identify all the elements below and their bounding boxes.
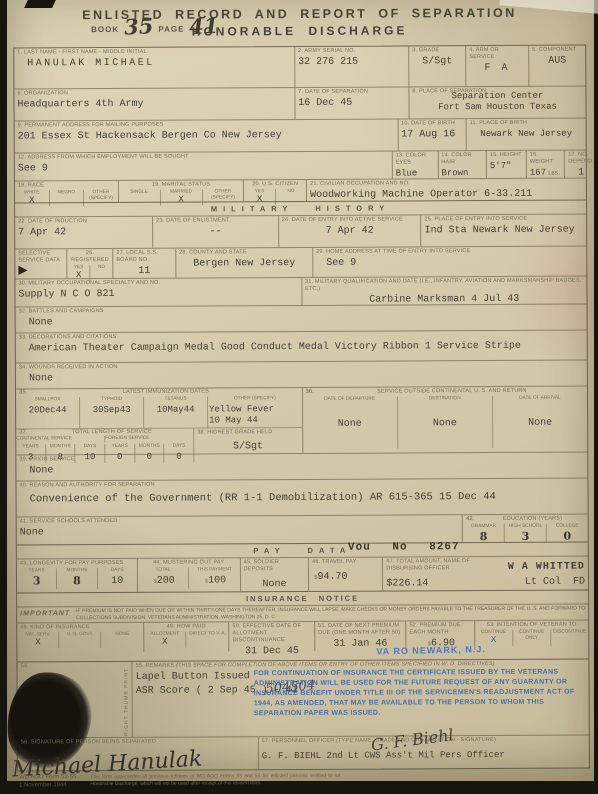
field-8-place-separation: 8. PLACE OF SEPARATION Separation Center…	[408, 87, 585, 119]
option-discontinue: DISCONTINUE	[550, 629, 588, 645]
field-32-battles: 32. BATTLES AND CAMPAIGNS None	[16, 305, 587, 333]
field-label: 12. ADDRESS FROM WHICH EMPLOYMENT WILL B…	[18, 153, 389, 162]
field-4-arm: 4. ARM OR SERVICE F A	[465, 46, 528, 86]
option-label: SINGLE	[120, 190, 159, 196]
field-value: F A	[469, 63, 525, 76]
field-14-hair: 14. COLOR HAIR Brown	[437, 151, 486, 178]
option-label: DIRECT TO V. A.	[188, 631, 228, 637]
field-44-mustering-pay: 44. MUSTERING OUT PAY TOTAL$200 THIS PAY…	[137, 558, 240, 592]
field-40-reason: 40. REASON AND AUTHORITY FOR SEPARATION …	[16, 478, 587, 516]
field-label: 48. KIND OF INSURANCE	[17, 624, 143, 632]
years-col: YEARS3	[17, 568, 56, 589]
option-us-govt: U. S. GOVT.	[58, 632, 100, 648]
field-value: Headquarters 4th Army	[17, 98, 291, 112]
field-value: 5'7"	[490, 161, 523, 172]
education-columns: GRAMMAR8 HIGH SCHOOL3 COLLEGE0	[463, 523, 588, 543]
field-value: See 9	[18, 161, 389, 175]
officer-typed-name: G. F. BIEHL 2nd Lt CWS Ass't Mil Pers Of…	[262, 749, 586, 762]
column-label: DATE OF ARRIVAL	[494, 395, 586, 402]
field-label: 49. HOW PAID	[144, 623, 229, 630]
field-6-organization: 6. ORGANIZATION Headquarters 4th Army	[14, 88, 294, 120]
column-label: YEARS	[17, 444, 44, 450]
mustering-columns: TOTAL$200 THIS PAYMENT$100	[138, 567, 240, 588]
field-label: 22. DATE OF INDUCTION	[18, 218, 149, 226]
row-thumbprint-remarks: 54. RIGHT THUMB PRINT 55. REMARKS (This …	[17, 658, 588, 737]
option-nat-serv: NAT. SERV.X	[17, 632, 58, 648]
column-value: 20Dec44	[17, 405, 78, 417]
service-outside-columns: DATE OF DEPARTURENone DESTINATIONNone DA…	[303, 395, 588, 448]
row-pay: 43. LONGEVITY FOR PAY PURPOSES YEARS3 MO…	[17, 555, 588, 592]
field-number: 35.	[16, 390, 30, 396]
field-57-personnel-officer: 57. PERSONNEL OFFICER (Type name, grade …	[258, 735, 589, 769]
intention-options: CONTINUEX CONTINUE ONLY DISCONTINUE	[475, 629, 588, 646]
field-20-citizen: 20. U.S. CITIZEN YESX NO	[243, 180, 306, 201]
field-31-qualification: 31. MILITARY QUALIFICATION AND DATE (i.e…	[301, 277, 587, 305]
row-race-marital: 18. RACE WHITEX NEGRO OTHER (SPECIFY) 19…	[15, 178, 586, 203]
typhoid-col: TYPHOID30Sep43	[79, 397, 143, 428]
row-schools-education: 41. SERVICE SCHOOLS ATTENDED None 42. ED…	[17, 513, 588, 544]
arrow-icon: ▶	[18, 264, 63, 274]
row-name-serial: 1. LAST NAME - FIRST NAME - MIDDLE INITI…	[14, 46, 585, 89]
longevity-columns: YEARS3 MONTHS8 DAYS10	[17, 568, 137, 589]
row-decorations: 33. DECORATIONS AND CITATIONS American T…	[16, 330, 587, 363]
field-label: SERVICE OUTSIDE CONTINENTAL U. S. AND RE…	[317, 387, 587, 395]
field-label: 14. COLOR HAIR	[441, 152, 483, 166]
column-label: TOTAL	[139, 567, 187, 573]
field-47-total: 47. TOTAL AMOUNT, NAME OF DISBURSING OFF…	[382, 556, 588, 590]
field-5-component: 5. COMPONENT AUS	[528, 46, 585, 86]
group-label: FOREIGN SERVICE	[105, 436, 193, 443]
important-word: IMPORTANT	[20, 608, 70, 621]
field-label: 7. DATE OF SEPARATION	[298, 88, 405, 95]
field-label: 51. Date of Next Premium Due (One month …	[318, 622, 402, 636]
field-value: 17 Aug 16	[401, 129, 463, 142]
option-continue-only: CONTINUE ONLY	[512, 630, 550, 646]
voucher-number: Vou No 8267	[348, 541, 460, 554]
field-value: Supply N C O 821	[18, 288, 298, 302]
smallpox-col: SMALLPOX20Dec44	[16, 397, 79, 428]
checkbox-mark: X	[18, 638, 57, 648]
field-label: 56. SIGNATURE OF PERSON BEING SEPARATED	[21, 738, 255, 746]
field-1-name: 1. LAST NAME - FIRST NAME - MIDDLE INITI…	[14, 47, 294, 88]
highschool-col: HIGH SCHOOL3	[504, 524, 546, 543]
column-value: $200	[139, 576, 187, 589]
field-value: Convenience of the Government (RR 1-1 De…	[20, 490, 585, 506]
field-value: 201 Essex St Hackensack Bergen Co New Je…	[18, 129, 395, 143]
field-label: 40. REASON AND AUTHORITY FOR SEPARATION	[19, 480, 584, 490]
column-value: None	[304, 419, 396, 432]
weight-unit: LBS.	[548, 169, 561, 176]
field-42-header: 42. EDUCATION (YEARS)	[463, 515, 588, 523]
field-label: 6. ORGANIZATION	[17, 89, 291, 97]
field-46-travel-pay: 46. TRAVEL PAY $94.70	[308, 558, 382, 591]
important-text: IF PREMIUM IS NOT PAID WHEN DUE OR WITHI…	[76, 606, 585, 622]
field-label: 31. MILITARY QUALIFICATION AND DATE (i.e…	[305, 278, 584, 293]
row-wounds: 34. WOUNDS RECEIVED IN ACTION None	[16, 360, 587, 389]
option-allotment: ALLOTMENTX	[144, 631, 186, 647]
field-50-discontinuance: 50. Effective Date of Allotment Disconti…	[228, 622, 314, 651]
other-col: OTHER (SPECIFY)Yellow Fever 10 May 44	[207, 396, 302, 427]
arrival-col: DATE OF ARRIVALNone	[492, 395, 587, 447]
field-26-registered: 26. REGISTERED YESX NO	[67, 249, 113, 278]
field-label: EDUCATION (YEARS)	[477, 515, 587, 522]
field-label: 1. LAST NAME - FIRST NAME - MIDDLE INITI…	[17, 48, 291, 56]
field-label: 24. DATE OF ENTRY INTO ACTIVE SERVICE	[282, 216, 418, 224]
immunization-length-block: 35. LATEST IMMUNIZATION DATES SMALLPOX20…	[16, 388, 302, 454]
grammar-col: GRAMMAR8	[463, 524, 504, 543]
field-value: American Theater Campaign Medal Good Con…	[19, 340, 584, 355]
column-value: Yellow Fever 10 May 44	[209, 404, 301, 427]
field-value: None	[244, 579, 306, 592]
weight-value: 167	[530, 167, 546, 177]
field-48-kind: 48. KIND OF INSURANCE NAT. SERV.X U. S. …	[17, 623, 143, 653]
field-label: 13. COLOR EYES	[396, 152, 435, 166]
column-label: THIS PAYMENT	[190, 567, 238, 573]
column-value: $100	[190, 575, 238, 588]
field-number: 54.	[20, 663, 128, 670]
field-value: Ind Sta Newark New Jersey	[425, 224, 584, 237]
field-value: --	[156, 226, 275, 239]
field-label: 47. TOTAL AMOUNT, NAME OF DISBURSING OFF…	[386, 558, 500, 572]
field-label: 45. SOLDIER DEPOSITS	[244, 559, 306, 573]
field-value: $94.70	[312, 571, 379, 584]
field-15-height: 15. HEIGHT 5'7"	[486, 151, 526, 178]
total-col: TOTAL$200	[138, 567, 188, 588]
row-selective-service: SELECTIVE SERVICE DATA ▶ 26. REGISTERED …	[15, 246, 586, 279]
field-19-marital: 19. MARITAL STATUS SINGLE MARRIEDX OTHER…	[118, 180, 244, 202]
destination-col: DESTINATIONNone	[397, 396, 492, 448]
row-reason-separation: 40. REASON AND AUTHORITY FOR SEPARATION …	[16, 477, 587, 516]
field-value: Brown	[441, 168, 483, 179]
separation-form-table: 1. LAST NAME - FIRST NAME - MIDDLE INITI…	[13, 44, 590, 771]
row-address-birth: 9. PERMANENT ADDRESS FOR MAILING PURPOSE…	[15, 118, 586, 153]
field-label: 30. MILITARY OCCUPATIONAL SPECIALTY AND …	[18, 279, 298, 287]
field-label: 28. COUNTY AND STATE	[179, 249, 309, 257]
field-36-service-outside: 36. SERVICE OUTSIDE CONTINENTAL U. S. AN…	[301, 386, 587, 452]
column-value: 3	[18, 574, 55, 587]
column-value: None	[494, 418, 586, 431]
field-value: HANULAK MICHAEL	[17, 57, 291, 71]
field-value: None	[19, 370, 584, 385]
field-label: 23. DATE OF ENLISTMENT	[156, 217, 275, 224]
field-value: AUS	[532, 55, 582, 68]
field-13-eyes: 13. COLOR EYES Blue	[392, 151, 438, 178]
field-number: 36.	[302, 389, 316, 395]
field-21-occupation: 21. CIVILIAN OCCUPATION AND NO. Woodwork…	[306, 179, 586, 201]
column-label: MONTHS	[47, 444, 74, 450]
field-12-employment-address: 12. ADDRESS FROM WHICH EMPLOYMENT WILL B…	[15, 152, 392, 181]
field-value: 16 Dec 45	[298, 97, 405, 110]
row-battles: 32. BATTLES AND CAMPAIGNS None	[16, 304, 587, 333]
officer-branch: FD	[573, 576, 585, 587]
row-induction: 22. DATE OF INDUCTION 7 Apr 42 23. DATE …	[15, 214, 586, 249]
field-label: 16. WEIGHT	[530, 152, 561, 166]
photo-background: ENLISTED RECORD AND REPORT OF SEPARATION…	[0, 0, 598, 794]
field-value: 167LBS.	[530, 167, 561, 178]
field-value: 11	[116, 265, 172, 278]
field-label: 21. CIVILIAN OCCUPATION AND NO.	[310, 180, 583, 188]
field-27-board-no: 27. LOCAL S.S. BOARD NO. 11	[112, 249, 175, 278]
tetanus-col: TETANUS10May44	[143, 396, 207, 427]
field-label: 3. GRADE	[412, 47, 462, 54]
field-label: 50. Effective Date of Allotment Disconti…	[232, 623, 311, 644]
field-label: 18. RACE	[15, 182, 118, 189]
field-value: S/Sgt	[197, 441, 299, 454]
field-54-thumbprint: 54. RIGHT THUMB PRINT	[17, 662, 132, 738]
field-18-race: 18. RACE WHITEX NEGRO OTHER (SPECIFY)	[15, 181, 118, 203]
field-label: 11. PLACE OF BIRTH	[470, 120, 583, 127]
field-42-education: 42. EDUCATION (YEARS) GRAMMAR8 HIGH SCHO…	[462, 514, 588, 542]
book-page-stamp: BOOK 35 PAGE 41	[91, 18, 219, 35]
how-paid-options: ALLOTMENTX DIRECT TO V. A.	[144, 631, 229, 648]
column-label: TETANUS	[145, 396, 206, 403]
field-value: Bergen New Jersey	[179, 258, 309, 271]
row-organization: 6. ORGANIZATION Headquarters 4th Army 7.…	[14, 86, 585, 121]
field-34-wounds: 34. WOUNDS RECEIVED IN ACTION None	[16, 361, 587, 389]
field-label: 52. PREMIUM DUE EACH MONTH	[409, 622, 471, 636]
amount: 200	[157, 576, 175, 587]
field-label: 43. LONGEVITY FOR PAY PURPOSES	[17, 560, 137, 568]
field-7-date-separation: 7. DATE OF SEPARATION 16 Dec 45	[294, 87, 408, 119]
option-label: CONTINUE ONLY	[514, 630, 549, 643]
document-paper: ENLISTED RECORD AND REPORT OF SEPARATION…	[7, 0, 594, 781]
field-49-how-paid: 49. HOW PAID ALLOTMENTX DIRECT TO V. A.	[143, 622, 229, 651]
field-label: 53. INTENTION OF VETERAN TO	[475, 621, 588, 628]
officer-name: W A WHITTED	[508, 562, 585, 575]
option-label: OTHER (SPECIFY)	[203, 189, 242, 202]
remarks-label: 55. REMARKS	[136, 663, 175, 669]
field-53-intention: 53. INTENTION OF VETERAN TO CONTINUEX CO…	[474, 620, 588, 650]
field-value: Newark New Jersey	[470, 128, 583, 140]
column-value: 10	[99, 576, 136, 589]
field-value: $226.14	[386, 578, 500, 591]
field-label: 19. MARITAL STATUS	[119, 181, 244, 189]
row-physical: 12. ADDRESS FROM WHICH EMPLOYMENT WILL B…	[15, 150, 586, 181]
field-value: Blue	[396, 168, 435, 179]
amount: 100	[208, 576, 226, 587]
field-label: LATEST IMMUNIZATION DATES	[30, 388, 301, 396]
field-55-remarks: 55. REMARKS (This space for completion o…	[132, 659, 589, 736]
field-28-county-state: 28. COUNTY AND STATE Bergen New Jersey	[175, 248, 312, 278]
column-label: OTHER (SPECIFY)	[209, 396, 301, 403]
field-value: None	[20, 525, 459, 540]
amount: 94.70	[317, 572, 347, 583]
field-39-prior-service: 39. PRIOR SERVICE None	[16, 452, 587, 480]
departure-col: DATE OF DEPARTURENone	[303, 396, 397, 448]
field-label: 44. MUSTERING OUT PAY	[138, 559, 240, 566]
field-label: 46. TRAVEL PAY	[312, 559, 379, 566]
checkbox-mark: X	[145, 638, 185, 648]
field-value: None	[19, 314, 584, 329]
option-label: NO	[92, 265, 112, 271]
field-45-deposits: 45. SOLDIER DEPOSITS None	[240, 558, 309, 591]
field-label: 26. REGISTERED	[68, 250, 113, 264]
college-col: COLLEGE0	[546, 523, 588, 542]
va-office-stamp: VA RO NEWARK, N.J.	[376, 644, 486, 656]
remarks-content: Lapel Button Issued ASR Score ( 2 Sep 45…	[136, 669, 586, 698]
field-value: S/Sgt	[412, 56, 462, 69]
form-sheet: ENLISTED RECORD AND REPORT OF SEPARATION…	[5, 0, 596, 783]
officer-title-line: Lt Col FD	[508, 576, 585, 589]
field-value: 7 Apr 42	[18, 227, 149, 240]
section-military-history: MILITARY HISTORY	[15, 200, 586, 217]
form-header: ENLISTED RECORD AND REPORT OF SEPARATION…	[13, 0, 586, 47]
field-label: 5. COMPONENT	[532, 47, 582, 54]
field-17-dependents: 17. NO. DEPEND. 1	[564, 150, 597, 177]
field-11-pob: 11. PLACE OF BIRTH Newark New Jersey	[466, 119, 586, 151]
field-23-enlistment: 23. DATE OF ENLISTMENT --	[152, 216, 278, 248]
field-label: 9. PERMANENT ADDRESS FOR MAILING PURPOSE…	[18, 121, 395, 130]
field-41-schools: 41. SERVICE SCHOOLS ATTENDED None	[17, 515, 463, 544]
row-immunization-service: 35. LATEST IMMUNIZATION DATES SMALLPOX20…	[16, 385, 587, 454]
option-label: U. S. GOVT.	[60, 632, 99, 638]
field-number: 42.	[463, 517, 477, 523]
book-label: BOOK	[91, 25, 119, 36]
field-label: 4. ARM OR SERVICE	[469, 47, 525, 61]
section-title: PAY DATA	[253, 546, 351, 556]
row-insurance: 48. KIND OF INSURANCE NAT. SERV.X U. S. …	[17, 619, 588, 652]
field-label: 38. HIGHEST GRADE HELD	[197, 429, 299, 436]
field-label: 25. PLACE OF ENTRY INTO SERVICE	[424, 216, 583, 224]
disbursing-officer-stamp: W A WHITTED Lt Col FD	[508, 558, 585, 589]
field-2-serial: 2. ARMY SERIAL NO. 32 276 215	[294, 46, 408, 87]
field-25-place-entry: 25. PLACE OF ENTRY INTO SERVICE Ind Sta …	[420, 215, 586, 247]
section-pay-data: PAY DATAVou No 8267	[17, 541, 588, 558]
field-56-signature: 56. SIGNATURE OF PERSON BEING SEPARATED …	[18, 737, 258, 770]
field-value: None	[19, 462, 584, 477]
field-label: 10. DATE OF BIRTH	[401, 120, 463, 127]
va-insurance-stamp: FOR CONTINUATION OF INSURANCE THE CERTIF…	[254, 667, 584, 719]
column-label: DAYS	[166, 443, 193, 449]
column-value: 10May44	[145, 405, 206, 417]
row-signatures: 56. SIGNATURE OF PERSON BEING SEPARATED …	[18, 734, 589, 770]
field-value: 32 276 215	[298, 56, 405, 69]
field-16-weight: 16. WEIGHT 167LBS.	[526, 151, 565, 178]
field-22-induction: 22. DATE OF INDUCTION 7 Apr 42	[15, 217, 152, 249]
option-label: DISCONTINUE	[552, 629, 587, 635]
field-24-active-service: 24. DATE OF ENTRY INTO ACTIVE SERVICE 7 …	[278, 215, 421, 247]
field-value: 7 Apr 42	[282, 225, 418, 238]
form-date: 1 November 1944	[19, 782, 76, 790]
option-label: NO	[277, 189, 305, 195]
selective-service-box: SELECTIVE SERVICE DATA ▶	[15, 249, 67, 278]
field-10-dob: 10. DATE OF BIRTH 17 Aug 16	[397, 119, 466, 150]
option-label: OTHER (SPECIFY)	[85, 190, 117, 203]
option-direct-va: DIRECT TO V. A.	[186, 631, 229, 647]
photo-corner-shadow	[24, 0, 56, 8]
field-33-decorations: 33. DECORATIONS AND CITATIONS American T…	[16, 331, 587, 363]
column-label: DAYS	[77, 444, 104, 450]
column-label: TYPHOID	[81, 397, 142, 404]
column-label: DATE OF DEPARTURE	[304, 396, 396, 403]
field-label: 27. LOCAL S.S. BOARD NO.	[116, 250, 172, 264]
field-number: 37.	[16, 429, 30, 436]
page-number: 41	[189, 18, 219, 36]
column-value: None	[399, 418, 491, 431]
months-col: MONTHS8	[56, 568, 96, 589]
option-label: NONE	[103, 632, 142, 638]
immunization-columns: SMALLPOX20Dec44 TYPHOID30Sep43 TETANUS10…	[16, 396, 302, 428]
field-30-mos: 30. MILITARY OCCUPATIONAL SPECIALTY AND …	[15, 278, 301, 306]
field-29-home-address: 29. HOME ADDRESS AT TIME OF ENTRY INTO S…	[312, 247, 586, 277]
field-label: 17. NO. DEPEND.	[568, 151, 594, 165]
field-47-amount: 47. TOTAL AMOUNT, NAME OF DISBURSING OFF…	[386, 558, 500, 590]
days-col: DAYS10	[97, 568, 137, 589]
field-43-longevity: 43. LONGEVITY FOR PAY PURPOSES YEARS3 MO…	[17, 559, 137, 593]
field-9-address: 9. PERMANENT ADDRESS FOR MAILING PURPOSE…	[15, 119, 398, 152]
page-label: PAGE	[158, 24, 184, 35]
row-mos: 30. MILITARY OCCUPATIONAL SPECIALTY AND …	[15, 276, 586, 307]
column-value: 8	[58, 574, 95, 587]
field-label: 41. SERVICE SCHOOLS ATTENDED	[20, 516, 459, 525]
field-label: 29. HOME ADDRESS AT TIME OF ENTRY INTO S…	[316, 248, 583, 256]
column-label: DESTINATION	[399, 396, 491, 403]
column-label: SMALLPOX	[17, 397, 78, 404]
group-label: CONTINENTAL SERVICE	[16, 437, 105, 444]
column-label: MONTHS	[136, 443, 163, 449]
kind-options: NAT. SERV.X U. S. GOVT. NONE	[17, 632, 143, 649]
field-label: TOTAL LENGTH OF SERVICE	[31, 428, 194, 436]
column-label: YEARS	[106, 444, 133, 450]
field-37-header: 37. TOTAL LENGTH OF SERVICE	[16, 428, 193, 436]
field-value: See 9	[316, 256, 583, 270]
field-3-grade: 3. GRADE S/Sgt	[408, 46, 465, 86]
column-value: 30Sep43	[81, 405, 142, 417]
officer-title: Lt Col	[525, 576, 561, 587]
field-label: 2. ARMY SERIAL NO.	[298, 47, 405, 54]
field-label: 20. U.S. CITIZEN	[244, 181, 306, 188]
option-none: NONE	[101, 632, 143, 648]
option-label: NEGRO	[51, 190, 83, 196]
field-label: 15. HEIGHT	[490, 152, 523, 159]
this-payment-col: THIS PAYMENT$100	[188, 567, 239, 588]
column-label: DAYS	[99, 568, 136, 574]
length-groups: CONTINENTAL SERVICE FOREIGN SERVICE	[16, 436, 193, 443]
thumbprint-vertical-label: RIGHT THUMB PRINT	[124, 668, 130, 736]
section-insurance-notice: INSURANCE NOTICE	[17, 589, 588, 606]
row-prior-service: 39. PRIOR SERVICE None	[16, 451, 587, 480]
book-number: 35	[124, 18, 154, 36]
